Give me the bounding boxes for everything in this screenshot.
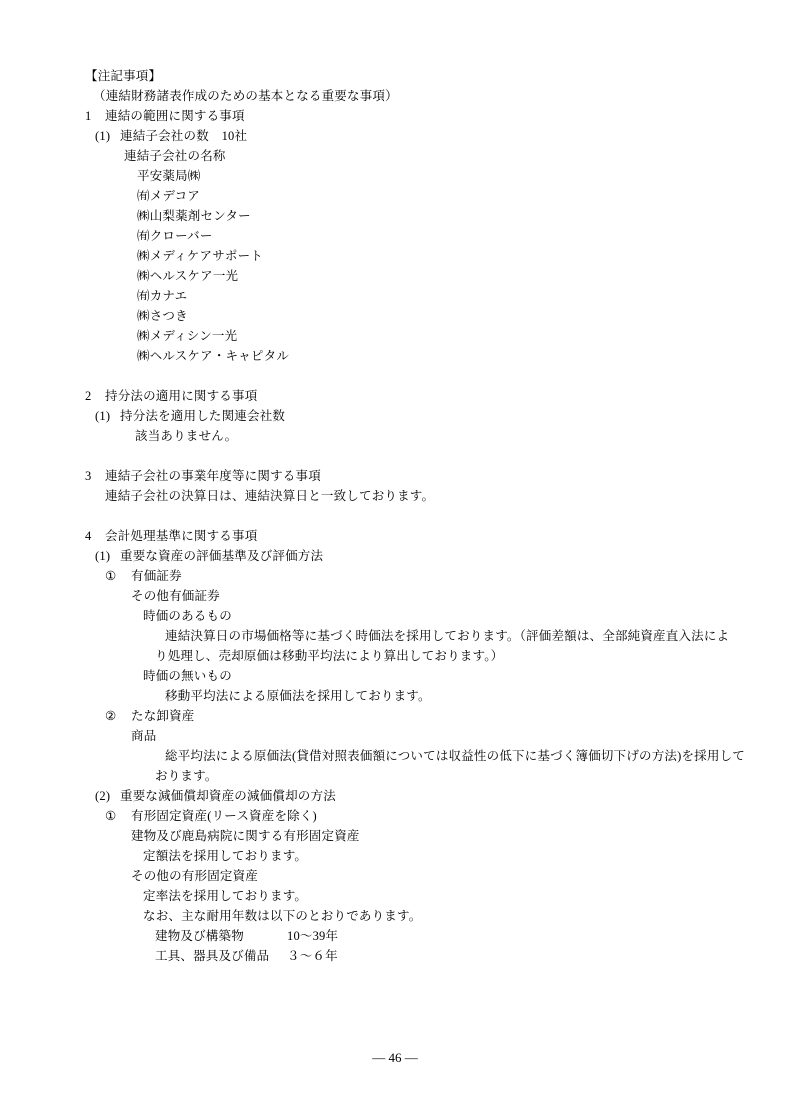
useful-life-row: 工具、器具及び備品３～６年 bbox=[0, 946, 790, 966]
line-text: 有価証券 bbox=[131, 569, 182, 583]
line-text: 移動平均法による原価法を採用しております。 bbox=[165, 689, 431, 703]
line-text: なお、主な耐用年数は以下のとおりであります。 bbox=[143, 909, 421, 923]
line-text: 会計処理基準に関する事項 bbox=[105, 529, 257, 543]
section-2-heading: 2持分法の適用に関する事項 bbox=[0, 386, 790, 406]
text-line: その他の有形固定資産 bbox=[0, 866, 790, 886]
blank-line bbox=[0, 506, 790, 526]
item-marker: (1) bbox=[95, 546, 120, 566]
section-4-heading: 4会計処理基準に関する事項 bbox=[0, 526, 790, 546]
line-text: 建物及び鹿島病院に関する有形固定資産 bbox=[131, 829, 360, 843]
blank-line bbox=[0, 366, 790, 386]
line-text: ㈱さつき bbox=[137, 309, 188, 323]
line-text: （連結財務諸表作成のための基本となる重要な事項） bbox=[93, 89, 398, 103]
line-text: 【注記事項】 bbox=[85, 69, 161, 83]
line-text: おります。 bbox=[155, 769, 218, 783]
item-2-1: (1)持分法を適用した関連会社数 bbox=[0, 406, 790, 426]
line-text: 連結子会社の数 10社 bbox=[120, 129, 247, 143]
section-3-body: 連結子会社の決算日は、連結決算日と一致しております。 bbox=[0, 486, 790, 506]
line-text: その他の有形固定資産 bbox=[131, 869, 258, 883]
line-text: ㈱山梨薬剤センター bbox=[137, 209, 251, 223]
section-1-heading: 1連結の範囲に関する事項 bbox=[0, 106, 790, 126]
line-text: 連結子会社の事業年度等に関する事項 bbox=[105, 469, 321, 483]
item-4-1-1: ①有価証券 bbox=[0, 566, 790, 586]
line-text: 定額法を採用しております。 bbox=[143, 849, 307, 863]
item-marker: (2) bbox=[95, 786, 120, 806]
line-text: 連結決算日の市場価格等に基づく時価法を採用しております。（評価差額は、全部純資産… bbox=[165, 629, 729, 643]
line-text: 連結の範囲に関する事項 bbox=[105, 109, 245, 123]
company-name: ㈱メディシン一光 bbox=[0, 326, 790, 346]
line-text: ㈱ヘルスケア一光 bbox=[137, 269, 238, 283]
item-2-1-body: 該当ありません。 bbox=[0, 426, 790, 446]
text-line: 連結決算日の市場価格等に基づく時価法を採用しております。（評価差額は、全部純資産… bbox=[0, 626, 790, 646]
line-text: ㈱ヘルスケア・キャピタル bbox=[137, 349, 289, 363]
blank-line bbox=[0, 446, 790, 466]
line-text: ㈲クローバー bbox=[137, 229, 213, 243]
text-line: り処理し、売却原価は移動平均法により算出しております。） bbox=[0, 646, 790, 666]
line-text: ㈲カナエ bbox=[137, 289, 187, 303]
line-text: 該当ありません。 bbox=[135, 429, 237, 443]
line-text: 平安薬局㈱ bbox=[137, 169, 201, 183]
text-line: 建物及び鹿島病院に関する有形固定資産 bbox=[0, 826, 790, 846]
line-text: ㈲メデコア bbox=[137, 189, 200, 203]
section-3-heading: 3連結子会社の事業年度等に関する事項 bbox=[0, 466, 790, 486]
item-marker: ① bbox=[105, 806, 131, 826]
line-text: 連結子会社の名称 bbox=[124, 149, 226, 163]
page-footer: ― 46 ― bbox=[0, 1048, 790, 1068]
line-text: り処理し、売却原価は移動平均法により算出しております。） bbox=[155, 649, 503, 663]
notes-subtitle: （連結財務諸表作成のための基本となる重要な事項） bbox=[0, 86, 790, 106]
line-text: 総平均法による原価法(貸借対照表価額については収益性の低下に基づく簿価切下げの方… bbox=[165, 749, 745, 763]
text-line: 移動平均法による原価法を採用しております。 bbox=[0, 686, 790, 706]
item-4-2-1: ①有形固定資産(リース資産を除く) bbox=[0, 806, 790, 826]
line-text: ㈱メディシン一光 bbox=[137, 329, 237, 343]
line-text: 連結子会社の決算日は、連結決算日と一致しております。 bbox=[105, 489, 434, 503]
text-line: 定額法を採用しております。 bbox=[0, 846, 790, 866]
item-marker: 1 bbox=[85, 106, 105, 126]
line-text: 商品 bbox=[131, 729, 156, 743]
company-name: ㈱メディケアサポート bbox=[0, 246, 790, 266]
text-line: 定率法を採用しております。 bbox=[0, 886, 790, 906]
text-line: 商品 bbox=[0, 726, 790, 746]
text-line: 時価の無いもの bbox=[0, 666, 790, 686]
line-text: 重要な資産の評価基準及び評価方法 bbox=[120, 549, 323, 563]
page-number: ― 46 ― bbox=[372, 1050, 418, 1065]
company-name: 平安薬局㈱ bbox=[0, 166, 790, 186]
company-name: ㈱山梨薬剤センター bbox=[0, 206, 790, 226]
text-line: おります。 bbox=[0, 766, 790, 786]
company-name: ㈱ヘルスケア一光 bbox=[0, 266, 790, 286]
line-text: 持分法の適用に関する事項 bbox=[105, 389, 257, 403]
item-4-2: (2)重要な減価償却資産の減価償却の方法 bbox=[0, 786, 790, 806]
subsidiary-names-label: 連結子会社の名称 bbox=[0, 146, 790, 166]
company-name: ㈱さつき bbox=[0, 306, 790, 326]
table-cell: 10～39年 bbox=[287, 929, 338, 943]
item-marker: ① bbox=[105, 566, 131, 586]
line-text: 重要な減価償却資産の減価償却の方法 bbox=[120, 789, 336, 803]
line-text: その他有価証券 bbox=[131, 589, 220, 603]
item-1-1: (1)連結子会社の数 10社 bbox=[0, 126, 790, 146]
line-text: 時価のあるもの bbox=[143, 609, 232, 623]
line-text: 時価の無いもの bbox=[143, 669, 232, 683]
notes-title: 【注記事項】 bbox=[0, 66, 790, 86]
document-lines: 【注記事項】（連結財務諸表作成のための基本となる重要な事項）1連結の範囲に関する… bbox=[0, 66, 790, 966]
table-cell: 建物及び構築物 bbox=[155, 926, 287, 946]
item-4-1-2: ②たな卸資産 bbox=[0, 706, 790, 726]
table-cell: ３～６年 bbox=[287, 949, 338, 963]
item-4-1: (1)重要な資産の評価基準及び評価方法 bbox=[0, 546, 790, 566]
text-line: 総平均法による原価法(貸借対照表価額については収益性の低下に基づく簿価切下げの方… bbox=[0, 746, 790, 766]
text-line: 時価のあるもの bbox=[0, 606, 790, 626]
text-line: その他有価証券 bbox=[0, 586, 790, 606]
item-marker: 2 bbox=[85, 386, 105, 406]
company-name: ㈲クローバー bbox=[0, 226, 790, 246]
useful-life-row: 建物及び構築物10～39年 bbox=[0, 926, 790, 946]
table-cell: 工具、器具及び備品 bbox=[155, 946, 287, 966]
item-marker: (1) bbox=[95, 406, 120, 426]
item-marker: (1) bbox=[95, 126, 120, 146]
company-name: ㈲カナエ bbox=[0, 286, 790, 306]
company-name: ㈱ヘルスケア・キャピタル bbox=[0, 346, 790, 366]
line-text: ㈱メディケアサポート bbox=[137, 249, 263, 263]
company-name: ㈲メデコア bbox=[0, 186, 790, 206]
line-text: 持分法を適用した関連会社数 bbox=[120, 409, 285, 423]
line-text: 定率法を採用しております。 bbox=[143, 889, 307, 903]
document-page: 【注記事項】（連結財務諸表作成のための基本となる重要な事項）1連結の範囲に関する… bbox=[0, 0, 790, 1118]
item-marker: 3 bbox=[85, 466, 105, 486]
line-text: たな卸資産 bbox=[131, 709, 195, 723]
item-marker: 4 bbox=[85, 526, 105, 546]
line-text: 有形固定資産(リース資産を除く) bbox=[131, 809, 317, 823]
text-line: なお、主な耐用年数は以下のとおりであります。 bbox=[0, 906, 790, 926]
item-marker: ② bbox=[105, 706, 131, 726]
